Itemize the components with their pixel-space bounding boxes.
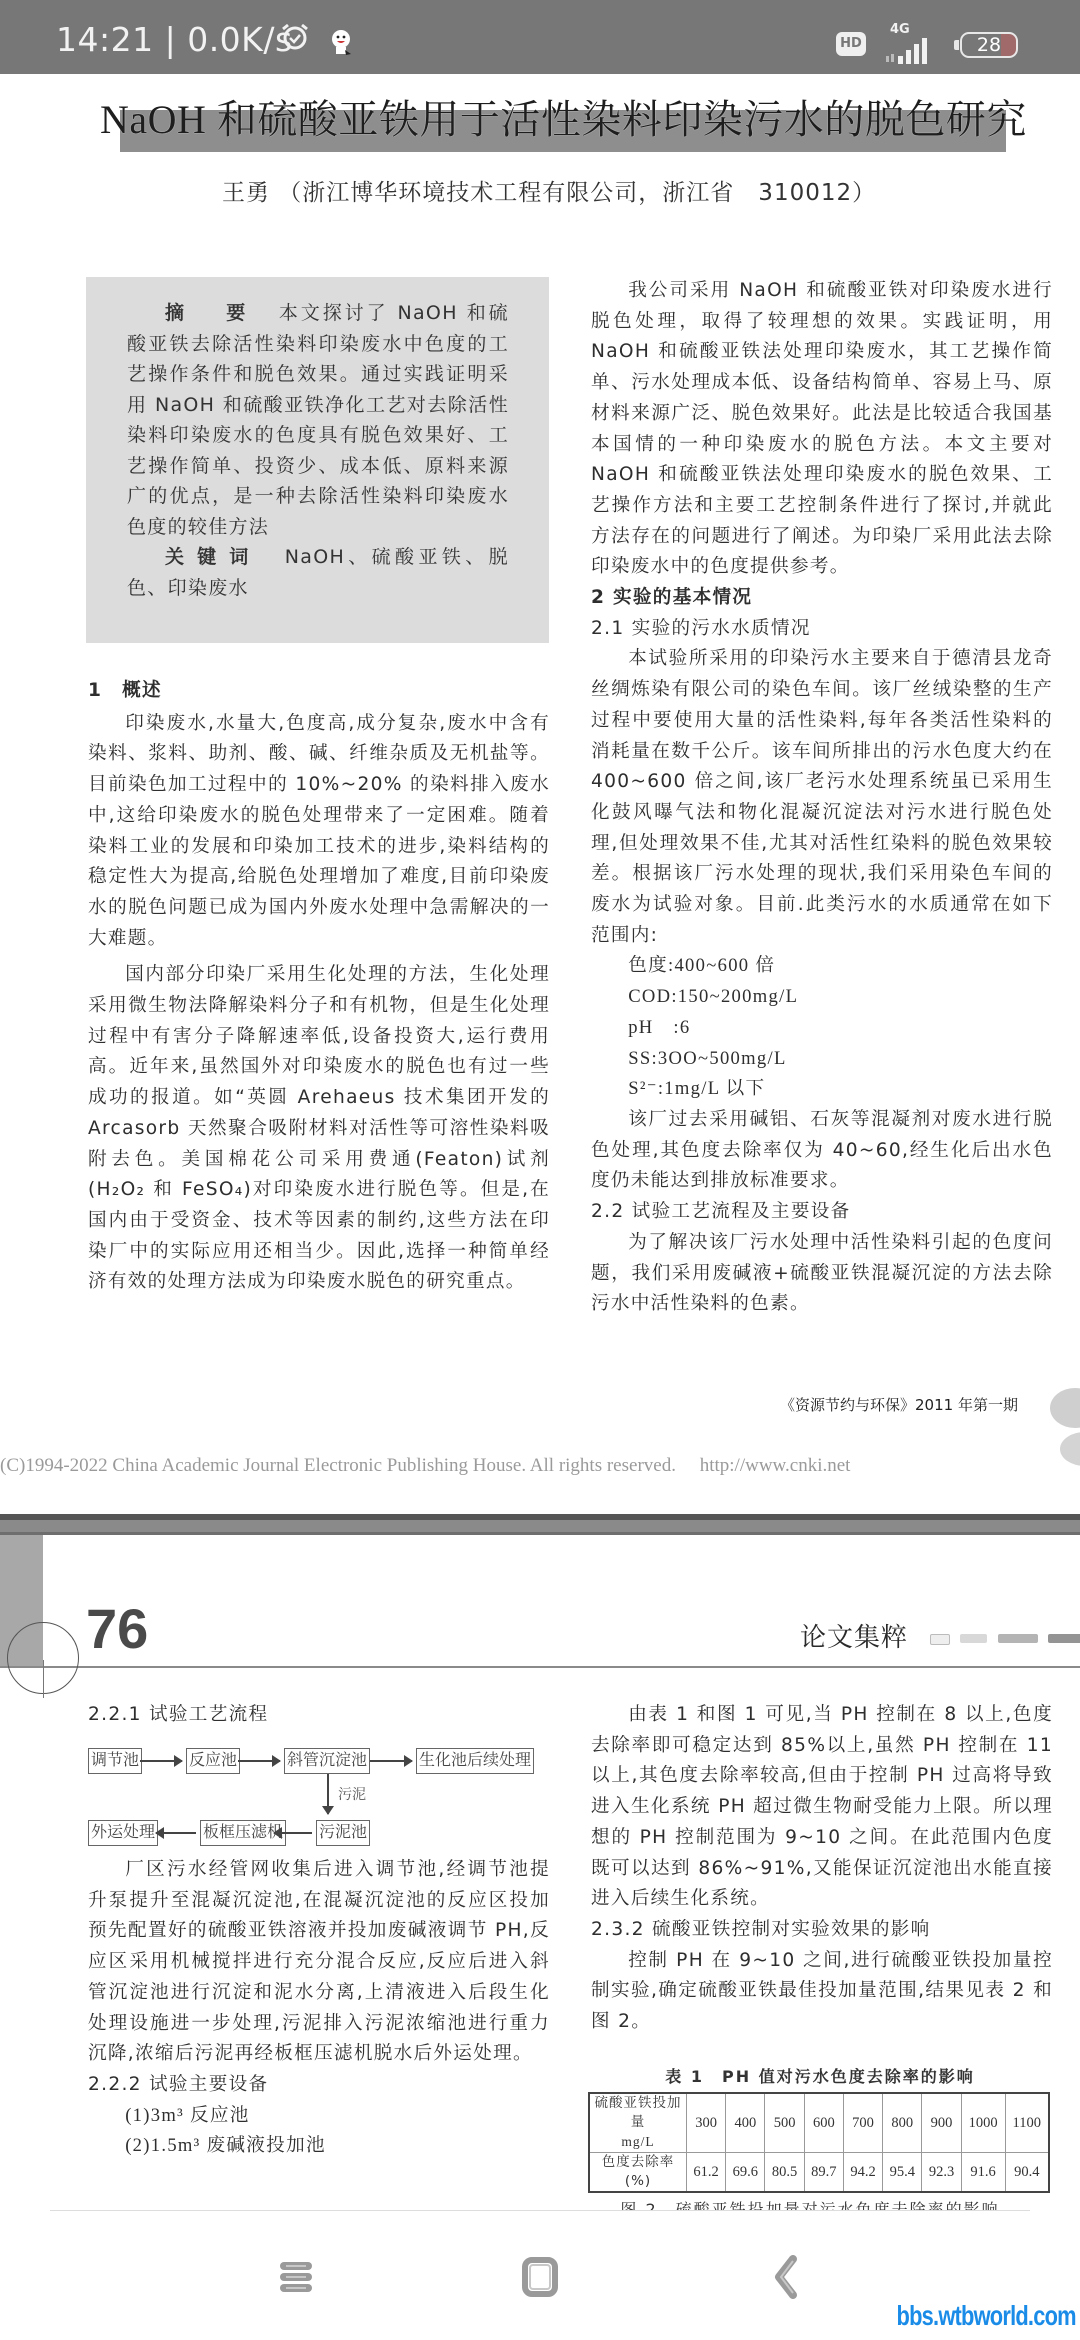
page-divider (0, 1520, 1080, 1532)
quality-item: 色度:400~600 倍 (591, 951, 1053, 982)
mascot-notification-icon (328, 28, 356, 56)
section-heading-2: 2 实验的基本情况 (591, 583, 1053, 614)
flow-arrow-down-icon (327, 1774, 329, 1814)
watermark: bbs.wtbworld.com (897, 2300, 1076, 2332)
subsection-heading-2-2-1: 2.2.1 试验工艺流程 (88, 1700, 550, 1731)
paragraph: 印染废水,水量大,色度高,成分复杂,废水中含有染料、浆料、助剂、酸、碱、纤维杂质… (88, 709, 550, 955)
page-cut-line (50, 2210, 1030, 2211)
paragraph: 该厂过去采用碱铝、石灰等混凝剂对废水进行脱色处理,其色度去除率仅为 40~60,… (591, 1105, 1053, 1197)
row-header: 硫酸亚铁投加量 mg/L (589, 2093, 687, 2153)
paragraph: 为了解决该厂污水处理中活性染料引起的色度问题，我们采用废碱液+硫酸亚铁混凝沉淀的… (591, 1228, 1053, 1320)
journal-footer: 《资源节约与环保》2011 年第一期 (780, 1394, 1018, 1415)
equipment-item: (1)3m³ 反应池 (88, 2101, 550, 2132)
paragraph: 我公司采用 NaOH 和硫酸亚铁对印染废水进行脱色处理，取得了较理想的效果。实践… (591, 276, 1053, 583)
abstract-label: 摘 要 (165, 302, 257, 324)
back-button[interactable] (756, 2252, 816, 2302)
flow-arrow-left-icon (274, 1832, 312, 1834)
table-cell: 400 (726, 2093, 765, 2153)
page-divider (0, 1532, 1080, 1535)
figure-caption: 图 2 硫酸亚铁投加量对污水色度去除率的影响 (580, 2198, 1040, 2210)
page2-right-column: 由表 1 和图 1 可见,当 PH 控制在 8 以上,色度去除率即可稳定达到 8… (591, 1700, 1053, 2038)
keywords-label: 关键词 (165, 546, 261, 568)
process-flow-diagram: 调节池 反应池 斜管沉淀池 生化池后续处理 污泥 外运处理 板框压滤机 污泥池 (88, 1740, 558, 1850)
home-icon (522, 2257, 558, 2297)
flow-arrow-right-icon (370, 1760, 412, 1762)
quality-item: S²⁻:1mg/L 以下 (591, 1074, 1053, 1105)
hd-icon: HD (836, 32, 866, 56)
decorative-square (1048, 1634, 1080, 1643)
flow-arrow-right-icon (140, 1760, 182, 1762)
header-rule (0, 1666, 1080, 1668)
quality-item: COD:150~200mg/L (591, 982, 1053, 1013)
section-heading-1: 1 概述 (88, 676, 550, 707)
flow-node: 斜管沉淀池 (284, 1748, 370, 1774)
equipment-item: (2)1.5m³ 废碱液投加池 (88, 2131, 550, 2162)
table-cell: 1000 (961, 2093, 1005, 2153)
status-time: 14:21 | 0.0K/s (56, 20, 293, 59)
row-header: 色度去除率(%) (589, 2153, 687, 2193)
subsection-heading-2-2: 2.2 试验工艺流程及主要设备 (591, 1197, 1053, 1228)
table-cell: 800 (883, 2093, 922, 2153)
network-type: 4G (890, 22, 910, 37)
subsection-heading-2-2-2: 2.2.2 试验主要设备 (88, 2070, 550, 2101)
table-row: 色度去除率(%) 61.2 69.6 80.5 89.7 94.2 95.4 9… (589, 2153, 1049, 2193)
abstract: 摘 要 本文探讨了 NaOH 和硫酸亚铁去除活性染料印染废水中色度的工艺操作条件… (127, 298, 509, 603)
flow-node: 生化池后续处理 (416, 1748, 534, 1774)
copyright-line: (C)1994-2022 China Academic Journal Elec… (0, 1450, 850, 1477)
page1-left-column: 1 概述 印染废水,水量大,色度高,成分复杂,废水中含有染料、浆料、助剂、酸、碱… (88, 676, 550, 1298)
table-cell: 95.4 (883, 2153, 922, 2193)
paragraph: 厂区污水经管网收集后进入调节池,经调节池提升泵提升至混凝沉淀池,在混凝沉淀池的反… (88, 1855, 550, 2070)
flow-node: 调节池 (88, 1748, 142, 1774)
paragraph: 控制 PH 在 9~10 之间,进行硫酸亚铁投加量控制实验,确定硫酸亚铁最佳投加… (591, 1946, 1053, 2038)
quality-item: SS:3OO~500mg/L (591, 1044, 1053, 1075)
abstract-text: 本文探讨了 NaOH 和硫酸亚铁去除活性染料印染废水中色度的工艺操作条件和脱色效… (127, 302, 509, 538)
page2-left-column-body: 厂区污水经管网收集后进入调节池,经调节池提升泵提升至混凝沉淀池,在混凝沉淀池的反… (88, 1855, 550, 2162)
signal-icon (884, 36, 946, 70)
page2-left-column: 2.2.1 试验工艺流程 (88, 1700, 550, 1731)
decorative-circle (1060, 1432, 1080, 1466)
back-icon (771, 2255, 801, 2299)
registration-mark-line (43, 1660, 44, 1698)
flow-node: 外运处理 (88, 1820, 158, 1846)
decorative-square (998, 1634, 1038, 1643)
table-cell: 900 (922, 2093, 961, 2153)
flow-arrow-left-icon (156, 1832, 196, 1834)
page-number: 76 (86, 1596, 148, 1661)
page1-right-column: 我公司采用 NaOH 和硫酸亚铁对印染废水进行脱色处理，取得了较理想的效果。实践… (591, 276, 1053, 1320)
decorative-circle (1050, 1388, 1080, 1428)
quality-item: pH :6 (591, 1013, 1053, 1044)
paragraph: 国内部分印染厂采用生化处理的方法，生化处理采用微生物法降解染料分子和有机物，但是… (88, 960, 550, 1298)
table-cell: 300 (687, 2093, 726, 2153)
table-cell: 500 (765, 2093, 804, 2153)
subsection-heading-2-1: 2.1 实验的污水水质情况 (591, 614, 1053, 645)
row-header-unit: mg/L (621, 2134, 654, 2149)
table-cell: 94.2 (843, 2153, 882, 2193)
table-caption: 表 1 PH 值对污水色度去除率的影响 (580, 2064, 1060, 2087)
home-button[interactable] (510, 2252, 570, 2302)
table-cell: 61.2 (687, 2153, 726, 2193)
alarm-icon (280, 22, 310, 52)
table-cell: 1100 (1005, 2093, 1049, 2153)
decorative-square (930, 1634, 950, 1645)
table-cell: 700 (843, 2093, 882, 2153)
flow-arrow-right-icon (238, 1760, 280, 1762)
battery-icon: 28 (960, 32, 1018, 58)
table-cell: 80.5 (765, 2153, 804, 2193)
paragraph: 本试验所采用的印染污水主要来自于德清县龙奇丝绸炼染有限公司的染色车间。该厂丝绒染… (591, 644, 1053, 951)
data-table: 硫酸亚铁投加量 mg/L 300 400 500 600 700 800 900… (588, 2092, 1050, 2193)
table-cell: 90.4 (1005, 2153, 1049, 2193)
table-cell: 91.6 (961, 2153, 1005, 2193)
row-header-line: 硫酸亚铁投加量 (595, 2095, 682, 2130)
decorative-square (960, 1634, 987, 1643)
status-bar: 14:21 | 0.0K/s HD 4G 28 (0, 0, 1080, 74)
table-cell: 92.3 (922, 2153, 961, 2193)
table-cell: 89.7 (804, 2153, 843, 2193)
flow-label: 污泥 (338, 1784, 366, 1804)
menu-icon (278, 2259, 314, 2295)
article-title: NaOH 和硫酸亚铁用于活性染料印染污水的脱色研究 (100, 88, 1000, 145)
table-row: 硫酸亚铁投加量 mg/L 300 400 500 600 700 800 900… (589, 2093, 1049, 2153)
section-name: 论文集粹 (800, 1617, 908, 1654)
flow-node: 反应池 (186, 1748, 240, 1774)
battery-tip (954, 40, 959, 50)
subsection-heading-2-3-2: 2.3.2 硫酸亚铁控制对实验效果的影响 (591, 1915, 1053, 1946)
table-cell: 600 (804, 2093, 843, 2153)
table-cell: 69.6 (726, 2153, 765, 2193)
flow-node: 污泥池 (316, 1820, 370, 1846)
paragraph: 由表 1 和图 1 可见,当 PH 控制在 8 以上,色度去除率即可稳定达到 8… (591, 1700, 1053, 1915)
menu-button[interactable] (266, 2252, 326, 2302)
author-line: 王勇 （浙江博华环境技术工程有限公司，浙江省 310012） (222, 174, 876, 207)
